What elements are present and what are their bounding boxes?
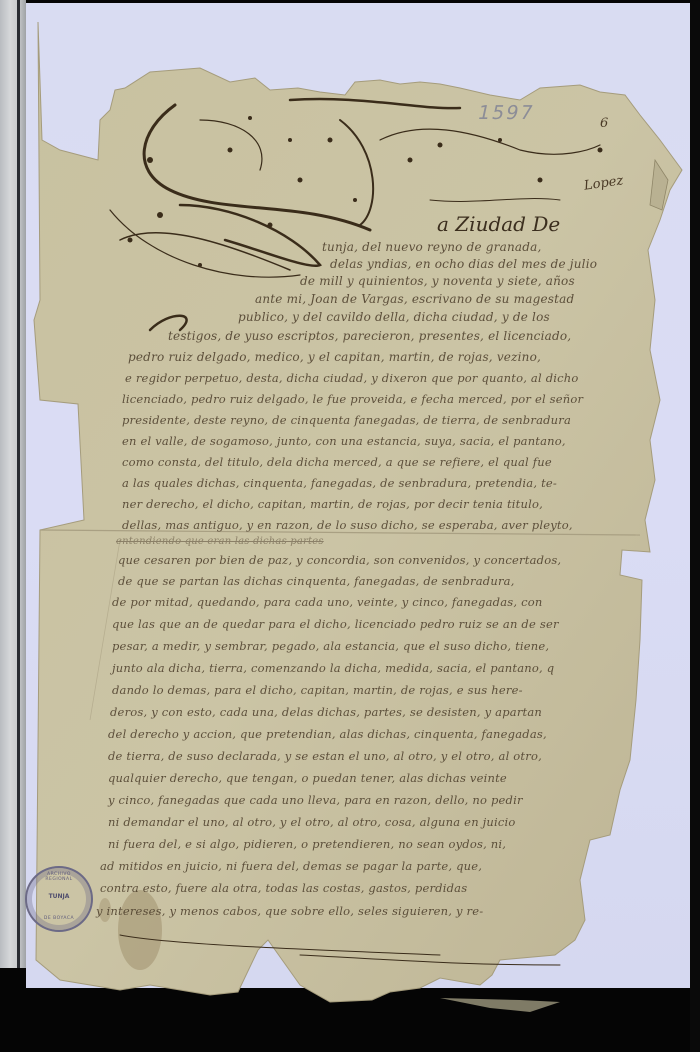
struck-line: entendiendo que eran las dichas partes [116,536,324,547]
manuscript-text: tunja, del nuevo reyno de granada, delas… [0,0,700,1052]
text-line: de que se partan las dichas cinquenta, f… [118,574,515,588]
text-line: contra esto, fuere ala otra, todas las c… [100,881,467,895]
text-line: de tierra, de suso declarada, y se estan… [108,749,542,763]
text-line: como consta, del titulo, dela dicha merc… [122,455,552,469]
text-line: pesar, a medir, y sembrar, pegado, ala e… [112,639,549,653]
text-line: que cesaren por bien de paz, y concordia… [118,553,561,567]
text-line: licenciado, pedro ruiz delgado, le fue p… [122,392,583,406]
text-line: en el valle, de sogamoso, junto, con una… [122,434,566,448]
stamp-ring-text-top: ARCHIVO REGIONAL [35,872,83,882]
text-line: deros, y con esto, cada una, delas dicha… [110,705,542,719]
text-line: ante mi, Joan de Vargas, escrivano de su… [255,292,574,306]
text-line: y intereses, y menos cabos, que sobre el… [96,904,483,918]
text-line: ad mitidos en juicio, ni fuera del, dema… [100,859,482,873]
text-line: junto ala dicha, tierra, comenzando la d… [112,661,554,675]
text-line: presidente, deste reyno, de cinquenta fa… [122,413,571,427]
text-line: dando lo demas, para el dicho, capitan, … [112,683,523,697]
text-line: publico, y del cavildo della, dicha ciud… [238,310,550,324]
text-line: ner derecho, el dicho, capitan, martin, … [122,497,543,511]
text-line: del derecho y accion, que pretendian, al… [108,727,547,741]
text-line: y cinco, fanegadas que cada uno lleva, p… [108,793,523,807]
text-line: testigos, de yuso escriptos, parecieron,… [168,329,571,343]
text-line: a las quales dichas, cinquenta, fanegada… [122,476,557,490]
text-line: tunja, del nuevo reyno de granada, [322,240,541,254]
stamp-center-text: TUNJA [27,893,91,900]
text-line: ni fuera del, e si algo, pidieren, o pre… [108,837,506,851]
text-line: que las que an de quedar para el dicho, … [112,617,559,631]
text-line: e regidor perpetuo, desta, dicha ciudad,… [125,371,579,385]
text-line: de mill y quinientos, y noventa y siete,… [300,274,575,288]
text-line: pedro ruiz delgado, medico, y el capitan… [128,350,541,364]
text-line: ni demandar el uno, al otro, y el otro, … [108,815,516,829]
text-line: delas yndias, en ocho dias del mes de ju… [330,257,597,271]
text-line: de por mitad, quedando, para cada uno, v… [112,595,542,609]
stamp-ring-text-bottom: DE BOYACA [35,916,83,921]
text-line: qualquier derecho, que tengan, o puedan … [108,771,507,785]
text-line: dellas, mas antiguo, y en razon, de lo s… [122,518,573,532]
archive-stamp: ARCHIVO REGIONAL TUNJA DE BOYACA [25,866,93,932]
